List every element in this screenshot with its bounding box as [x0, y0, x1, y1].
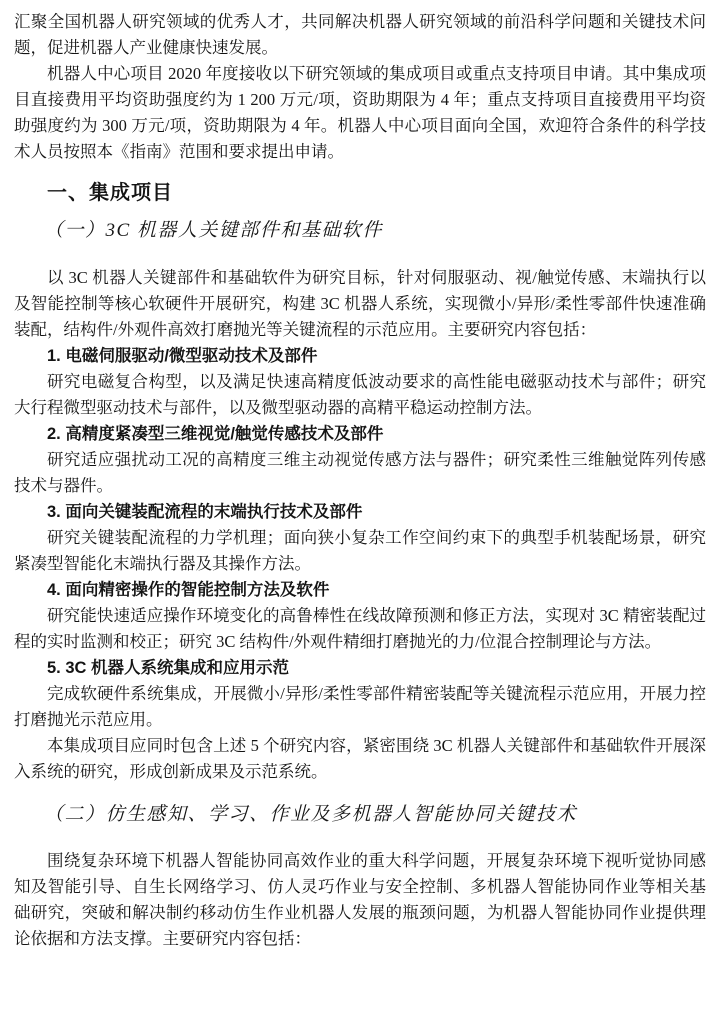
- research-item-2-title: 2. 高精度紧凑型三维视觉/触觉传感技术及部件: [14, 421, 706, 447]
- intro-paragraph-1: 汇聚全国机器人研究领域的优秀人才，共同解决机器人研究领域的前沿科学问题和关键技术…: [14, 9, 706, 61]
- research-item-4-body: 研究能快速适应操作环境变化的高鲁棒性在线故障预测和修正方法，实现对 3C 精密装…: [14, 603, 706, 655]
- intro-paragraph-2: 机器人中心项目 2020 年度接收以下研究领域的集成项目或重点支持项目申请。其中…: [14, 61, 706, 165]
- research-item-4-title: 4. 面向精密操作的智能控制方法及软件: [14, 577, 706, 603]
- section-1-heading: 一、集成项目: [14, 180, 706, 207]
- research-item-1-body: 研究电磁复合构型，以及满足快速高精度低波动要求的高性能电磁驱动技术与部件；研究大…: [14, 369, 706, 421]
- research-item-3-title: 3. 面向关键装配流程的末端执行技术及部件: [14, 499, 706, 525]
- research-item-1-title: 1. 电磁伺服驱动/微型驱动技术及部件: [14, 343, 706, 369]
- subsection-1-heading: （一）3C 机器人关键部件和基础软件: [14, 217, 706, 245]
- subsection-1-closing: 本集成项目应同时包含上述 5 个研究内容，紧密围绕 3C 机器人关键部件和基础软…: [14, 733, 706, 785]
- research-item-5-body: 完成软硬件系统集成，开展微小/异形/柔性零部件精密装配等关键流程示范应用，开展力…: [14, 681, 706, 733]
- subsection-1-intro: 以 3C 机器人关键部件和基础软件为研究目标，针对伺服驱动、视/触觉传感、末端执…: [14, 265, 706, 343]
- subsection-2-heading: （二）仿生感知、学习、作业及多机器人智能协同关键技术: [14, 801, 706, 829]
- subsection-2-intro: 围绕复杂环境下机器人智能协同高效作业的重大科学问题，开展复杂环境下视听觉协同感知…: [14, 848, 706, 952]
- research-item-2-body: 研究适应强扰动工况的高精度三维主动视觉传感方法与器件；研究柔性三维触觉阵列传感技…: [14, 447, 706, 499]
- document-page: 汇聚全国机器人研究领域的优秀人才，共同解决机器人研究领域的前沿科学问题和关键技术…: [0, 0, 720, 1018]
- research-item-5-title: 5. 3C 机器人系统集成和应用示范: [14, 655, 706, 681]
- research-item-3-body: 研究关键装配流程的力学机理；面向狭小复杂工作空间约束下的典型手机装配场景，研究紧…: [14, 525, 706, 577]
